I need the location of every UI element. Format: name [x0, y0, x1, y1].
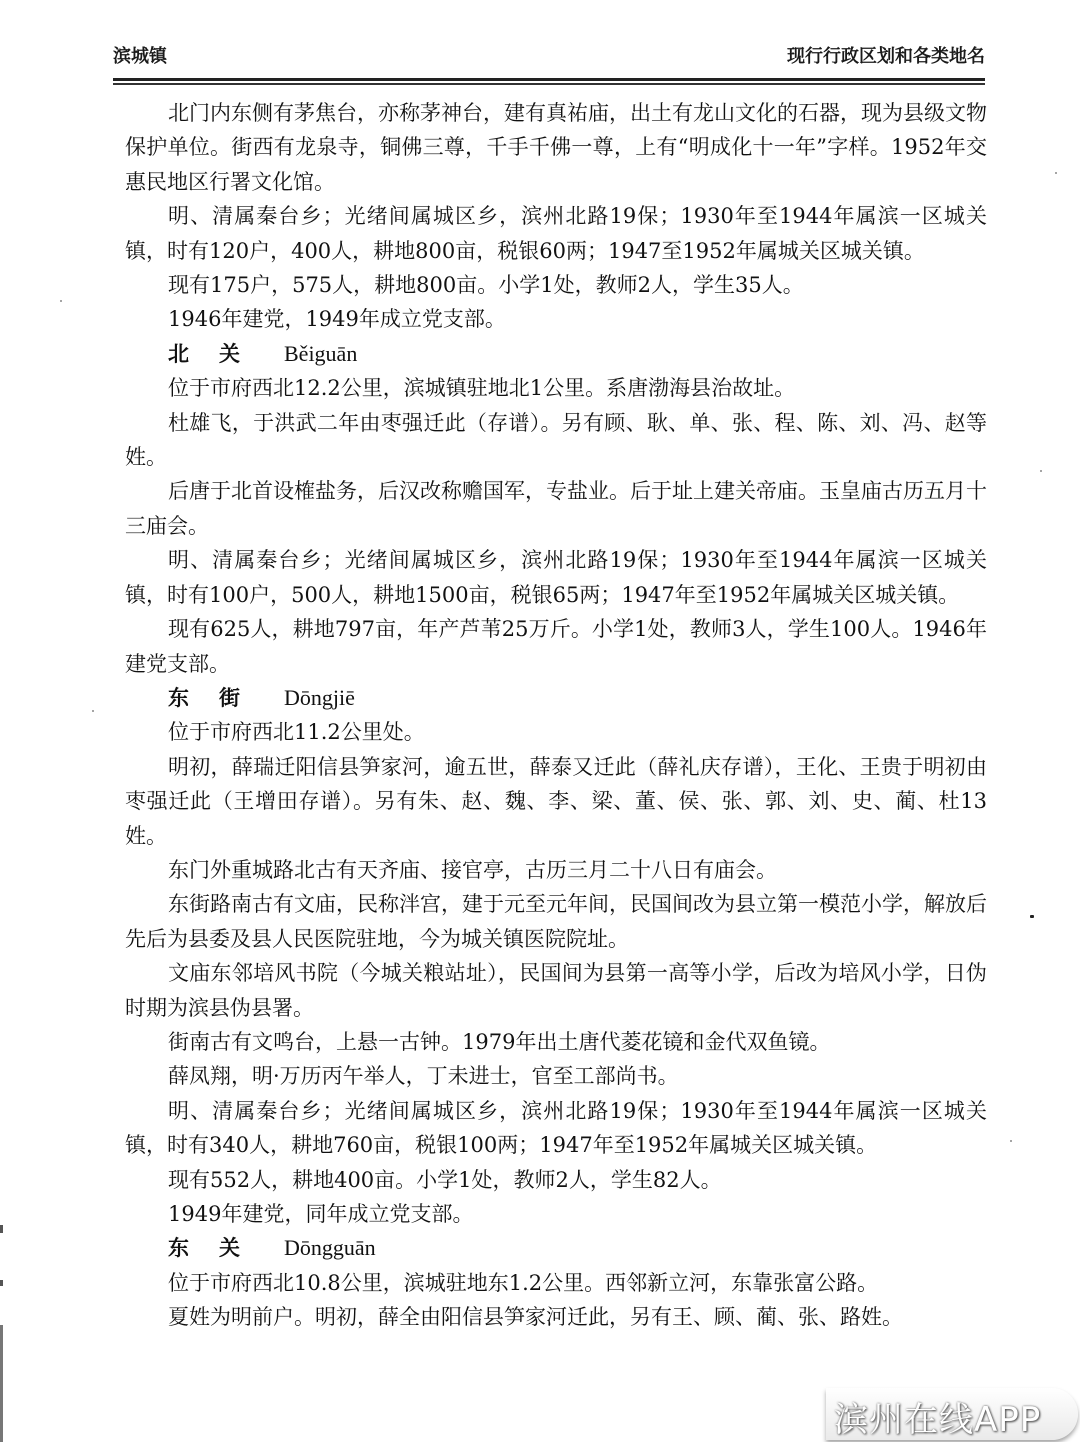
- paragraph: 北门内东侧有茅焦台，亦称茅神台，建有真祐庙，出土有龙山文化的石器，现为县级文物保…: [125, 96, 987, 199]
- header-rule: [113, 78, 985, 85]
- scan-edge-mark: [0, 1225, 3, 1233]
- scan-edge-mark: [0, 1325, 3, 1442]
- paragraph: 杜雄飞，于洪武二年由枣强迁此（存谱）。另有顾、耿、单、张、程、陈、刘、冯、赵等姓…: [125, 406, 987, 475]
- paragraph: 现有625人，耕地797亩，年产芦苇25万斤。小学1处，教师3人，学生100人。…: [125, 612, 987, 681]
- entry-pinyin: Běiguān: [284, 341, 357, 366]
- scanned-page: 滨城镇 现行行政区划和各类地名 北门内东侧有茅焦台，亦称茅神台，建有真祐庙，出土…: [0, 0, 1080, 1442]
- header-section-title: 现行行政区划和各类地名: [787, 42, 985, 68]
- entry-name: 东关: [168, 1236, 270, 1260]
- entry-name: 东街: [168, 686, 270, 710]
- page-body: 北门内东侧有茅焦台，亦称茅神台，建有真祐庙，出土有龙山文化的石器，现为县级文物保…: [125, 96, 987, 1335]
- paragraph: 明初，薛瑞迁阳信县笋家河，逾五世，薛泰又迁此（薛礼庆存谱），王化、王贵于明初由枣…: [125, 750, 987, 853]
- scan-speck: [1010, 1140, 1012, 1142]
- watermark-text: 滨州在线APP: [834, 1392, 1041, 1441]
- paragraph: 位于市府西北12.2公里，滨城镇驻地北1公里。系唐渤海县治故址。: [125, 371, 987, 405]
- paragraph: 薛凤翔，明·万历丙午举人，丁未进士，官至工部尚书。: [125, 1059, 987, 1093]
- paragraph: 东街路南古有文庙，民称泮宫，建于元至元年间，民国间改为县立第一模范小学，解放后先…: [125, 887, 987, 956]
- paragraph: 街南古有文鸣台，上悬一古钟。1979年出土唐代菱花镜和金代双鱼镜。: [125, 1025, 987, 1059]
- scan-speck: [60, 300, 62, 302]
- paragraph: 现有175户，575人，耕地800亩。小学1处，教师2人，学生35人。: [125, 268, 987, 302]
- scan-speck: [1055, 172, 1057, 174]
- entry-pinyin: Dōngguān: [284, 1235, 376, 1260]
- entry-name: 北关: [168, 342, 270, 366]
- paragraph: 明、清属秦台乡；光绪间属城区乡，滨州北路19保；1930年至1944年属滨一区城…: [125, 1094, 987, 1163]
- entry-pinyin: Dōngjiē: [284, 685, 355, 710]
- paragraph: 位于市府西北11.2公里处。: [125, 715, 987, 749]
- paragraph: 文庙东邻培风书院（今城关粮站址），民国间为县第一高等小学，后改为培风小学，日伪时…: [125, 956, 987, 1025]
- paragraph: 1946年建党，1949年成立党支部。: [125, 302, 987, 336]
- entry-heading-dongjie: 东街Dōngjiē: [125, 681, 987, 715]
- scan-edge-mark: [0, 1280, 3, 1286]
- running-header: 滨城镇 现行行政区划和各类地名: [113, 42, 985, 74]
- entry-heading-beiguan: 北关Běiguān: [125, 337, 987, 371]
- scan-speck: [1030, 915, 1034, 918]
- paragraph: 夏姓为明前户。明初，薛全由阳信县笋家河迁此，另有王、顾、蔺、张、路姓。: [125, 1300, 987, 1334]
- entry-heading-dongguan: 东关Dōngguān: [125, 1231, 987, 1265]
- watermark-badge: 滨州在线APP: [826, 1388, 1078, 1440]
- paragraph: 明、清属秦台乡；光绪间属城区乡，滨州北路19保；1930年至1944年属滨一区城…: [125, 199, 987, 268]
- paragraph: 东门外重城路北古有天齐庙、接官亭，古历三月二十八日有庙会。: [125, 853, 987, 887]
- header-chapter-title: 滨城镇: [113, 42, 167, 68]
- paragraph: 位于市府西北10.8公里，滨城驻地东1.2公里。西邻新立河，东靠张富公路。: [125, 1266, 987, 1300]
- paragraph: 现有552人，耕地400亩。小学1处，教师2人，学生82人。: [125, 1163, 987, 1197]
- scan-speck: [1040, 470, 1042, 472]
- scan-speck: [92, 710, 94, 712]
- paragraph: 明、清属秦台乡；光绪间属城区乡，滨州北路19保；1930年至1944年属滨一区城…: [125, 543, 987, 612]
- paragraph: 后唐于北首设榷盐务，后汉改称赡国军，专盐业。后于址上建关帝庙。玉皇庙古历五月十三…: [125, 474, 987, 543]
- paragraph: 1949年建党，同年成立党支部。: [125, 1197, 987, 1231]
